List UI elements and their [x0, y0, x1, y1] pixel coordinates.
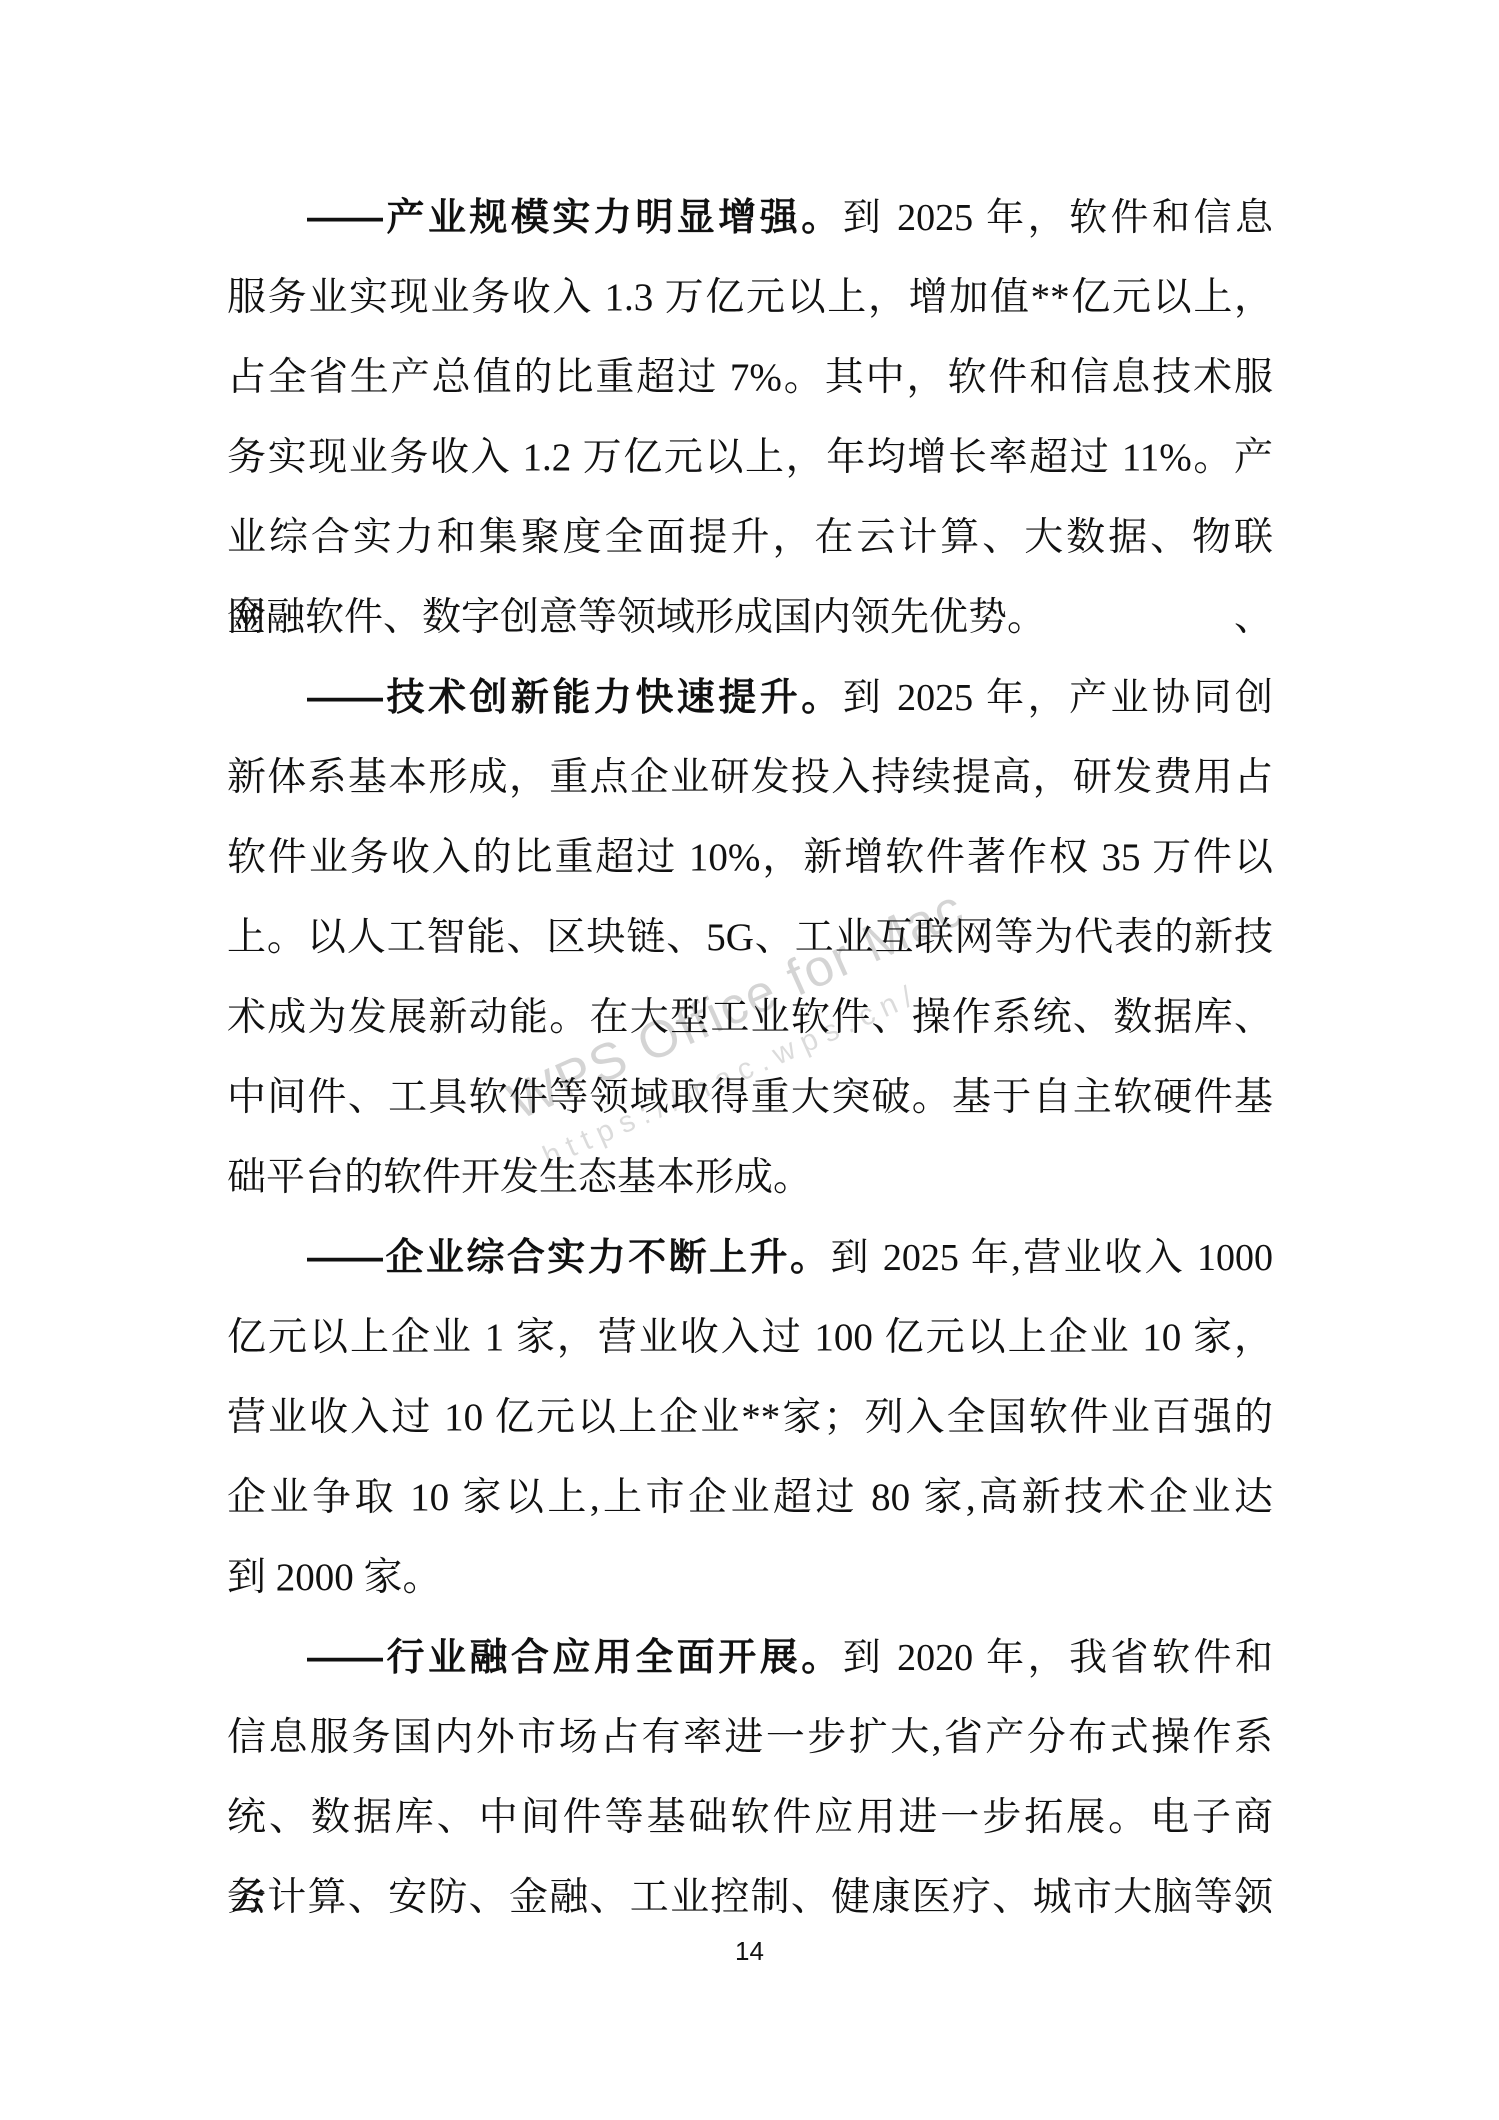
line-text: 服务业实现业务收入 1.3 万亿元以上，增加值**亿元以上， [227, 276, 1273, 319]
line-text: 中间件、工具软件等领域取得重大突破。基于自主软硬件基 [227, 1076, 1273, 1119]
paragraph-head: ——企业综合实力不断上升。 [307, 1237, 830, 1279]
line-text: 上。以人工智能、区块链、5G、工业互联网等为代表的新技 [227, 916, 1273, 959]
document-line: 统、数据库、中间件等基础软件应用进一步拓展。电子商务、 [227, 1778, 1273, 1858]
line-text: 术成为发展新动能。在大型工业软件、操作系统、数据库、 [227, 996, 1273, 1039]
document-line: 云计算、安防、金融、工业控制、健康医疗、城市大脑等领 [227, 1858, 1273, 1938]
line-text: 到 2025 年,营业收入 1000 [830, 1237, 1273, 1279]
line-text: 到 2020 年，我省软件和 [843, 1637, 1273, 1679]
line-text: 占全省生产总值的比重超过 7%。其中，软件和信息技术服 [227, 356, 1273, 399]
document-line: 亿元以上企业 1 家，营业收入过 100 亿元以上企业 10 家， [227, 1298, 1273, 1378]
line-text: 云计算、安防、金融、工业控制、健康医疗、城市大脑等领 [227, 1876, 1273, 1919]
document-line: 务实现业务收入 1.2 万亿元以上，年均增长率超过 11%。产 [227, 418, 1273, 498]
line-text: 信息服务国内外市场占有率进一步扩大,省产分布式操作系 [227, 1716, 1273, 1759]
document-body: ——产业规模实力明显增强。到 2025 年，软件和信息 服务业实现业务收入 1.… [227, 178, 1273, 1938]
document-line: ——行业融合应用全面开展。到 2020 年，我省软件和 [227, 1618, 1273, 1698]
paragraph-head: ——技术创新能力快速提升。 [307, 677, 843, 719]
line-text: 到 2025 年，软件和信息 [843, 197, 1273, 239]
line-text: 到 2025 年，产业协同创 [843, 677, 1273, 719]
document-line: 服务业实现业务收入 1.3 万亿元以上，增加值**亿元以上， [227, 258, 1273, 338]
document-line: 到 2000 家。 [227, 1538, 1273, 1618]
document-line: 信息服务国内外市场占有率进一步扩大,省产分布式操作系 [227, 1698, 1273, 1778]
line-text: 亿元以上企业 1 家，营业收入过 100 亿元以上企业 10 家， [227, 1316, 1273, 1359]
line-text: 到 2000 家。 [227, 1556, 442, 1599]
paragraph-head: ——产业规模实力明显增强。 [307, 197, 843, 239]
document-line: 业综合实力和集聚度全面提升，在云计算、大数据、物联网、 [227, 498, 1273, 578]
document-line: 新体系基本形成，重点企业研发投入持续提高，研发费用占 [227, 738, 1273, 818]
line-text: 础平台的软件开发生态基本形成。 [227, 1156, 812, 1199]
document-line: 术成为发展新动能。在大型工业软件、操作系统、数据库、 [227, 978, 1273, 1058]
line-text: 软件业务收入的比重超过 10%，新增软件著作权 35 万件以 [227, 836, 1273, 879]
document-line: 企业争取 10 家以上,上市企业超过 80 家,高新技术企业达 [227, 1458, 1273, 1538]
line-text: 营业收入过 10 亿元以上企业**家；列入全国软件业百强的 [227, 1396, 1273, 1439]
document-line: ——企业综合实力不断上升。到 2025 年,营业收入 1000 [227, 1218, 1273, 1298]
document-line: 上。以人工智能、区块链、5G、工业互联网等为代表的新技 [227, 898, 1273, 978]
line-text: 务实现业务收入 1.2 万亿元以上，年均增长率超过 11%。产 [227, 436, 1273, 479]
document-line: 础平台的软件开发生态基本形成。 [227, 1138, 1273, 1218]
document-line: 软件业务收入的比重超过 10%，新增软件著作权 35 万件以 [227, 818, 1273, 898]
document-line: 营业收入过 10 亿元以上企业**家；列入全国软件业百强的 [227, 1378, 1273, 1458]
line-text: 企业争取 10 家以上,上市企业超过 80 家,高新技术企业达 [227, 1476, 1273, 1519]
document-line: 中间件、工具软件等领域取得重大突破。基于自主软硬件基 [227, 1058, 1273, 1138]
paragraph-head: ——行业融合应用全面开展。 [307, 1637, 843, 1679]
line-text: 金融软件、数字创意等领域形成国内领先优势。 [227, 596, 1046, 639]
document-line: 占全省生产总值的比重超过 7%。其中，软件和信息技术服 [227, 338, 1273, 418]
document-line: ——产业规模实力明显增强。到 2025 年，软件和信息 [227, 178, 1273, 258]
document-page: WPS Office for Mac https://mac.wps.cn/ —… [0, 0, 1499, 2120]
line-text: 新体系基本形成，重点企业研发投入持续提高，研发费用占 [227, 756, 1273, 799]
document-line: ——技术创新能力快速提升。到 2025 年，产业协同创 [227, 658, 1273, 738]
page-number: 14 [0, 1936, 1499, 1967]
